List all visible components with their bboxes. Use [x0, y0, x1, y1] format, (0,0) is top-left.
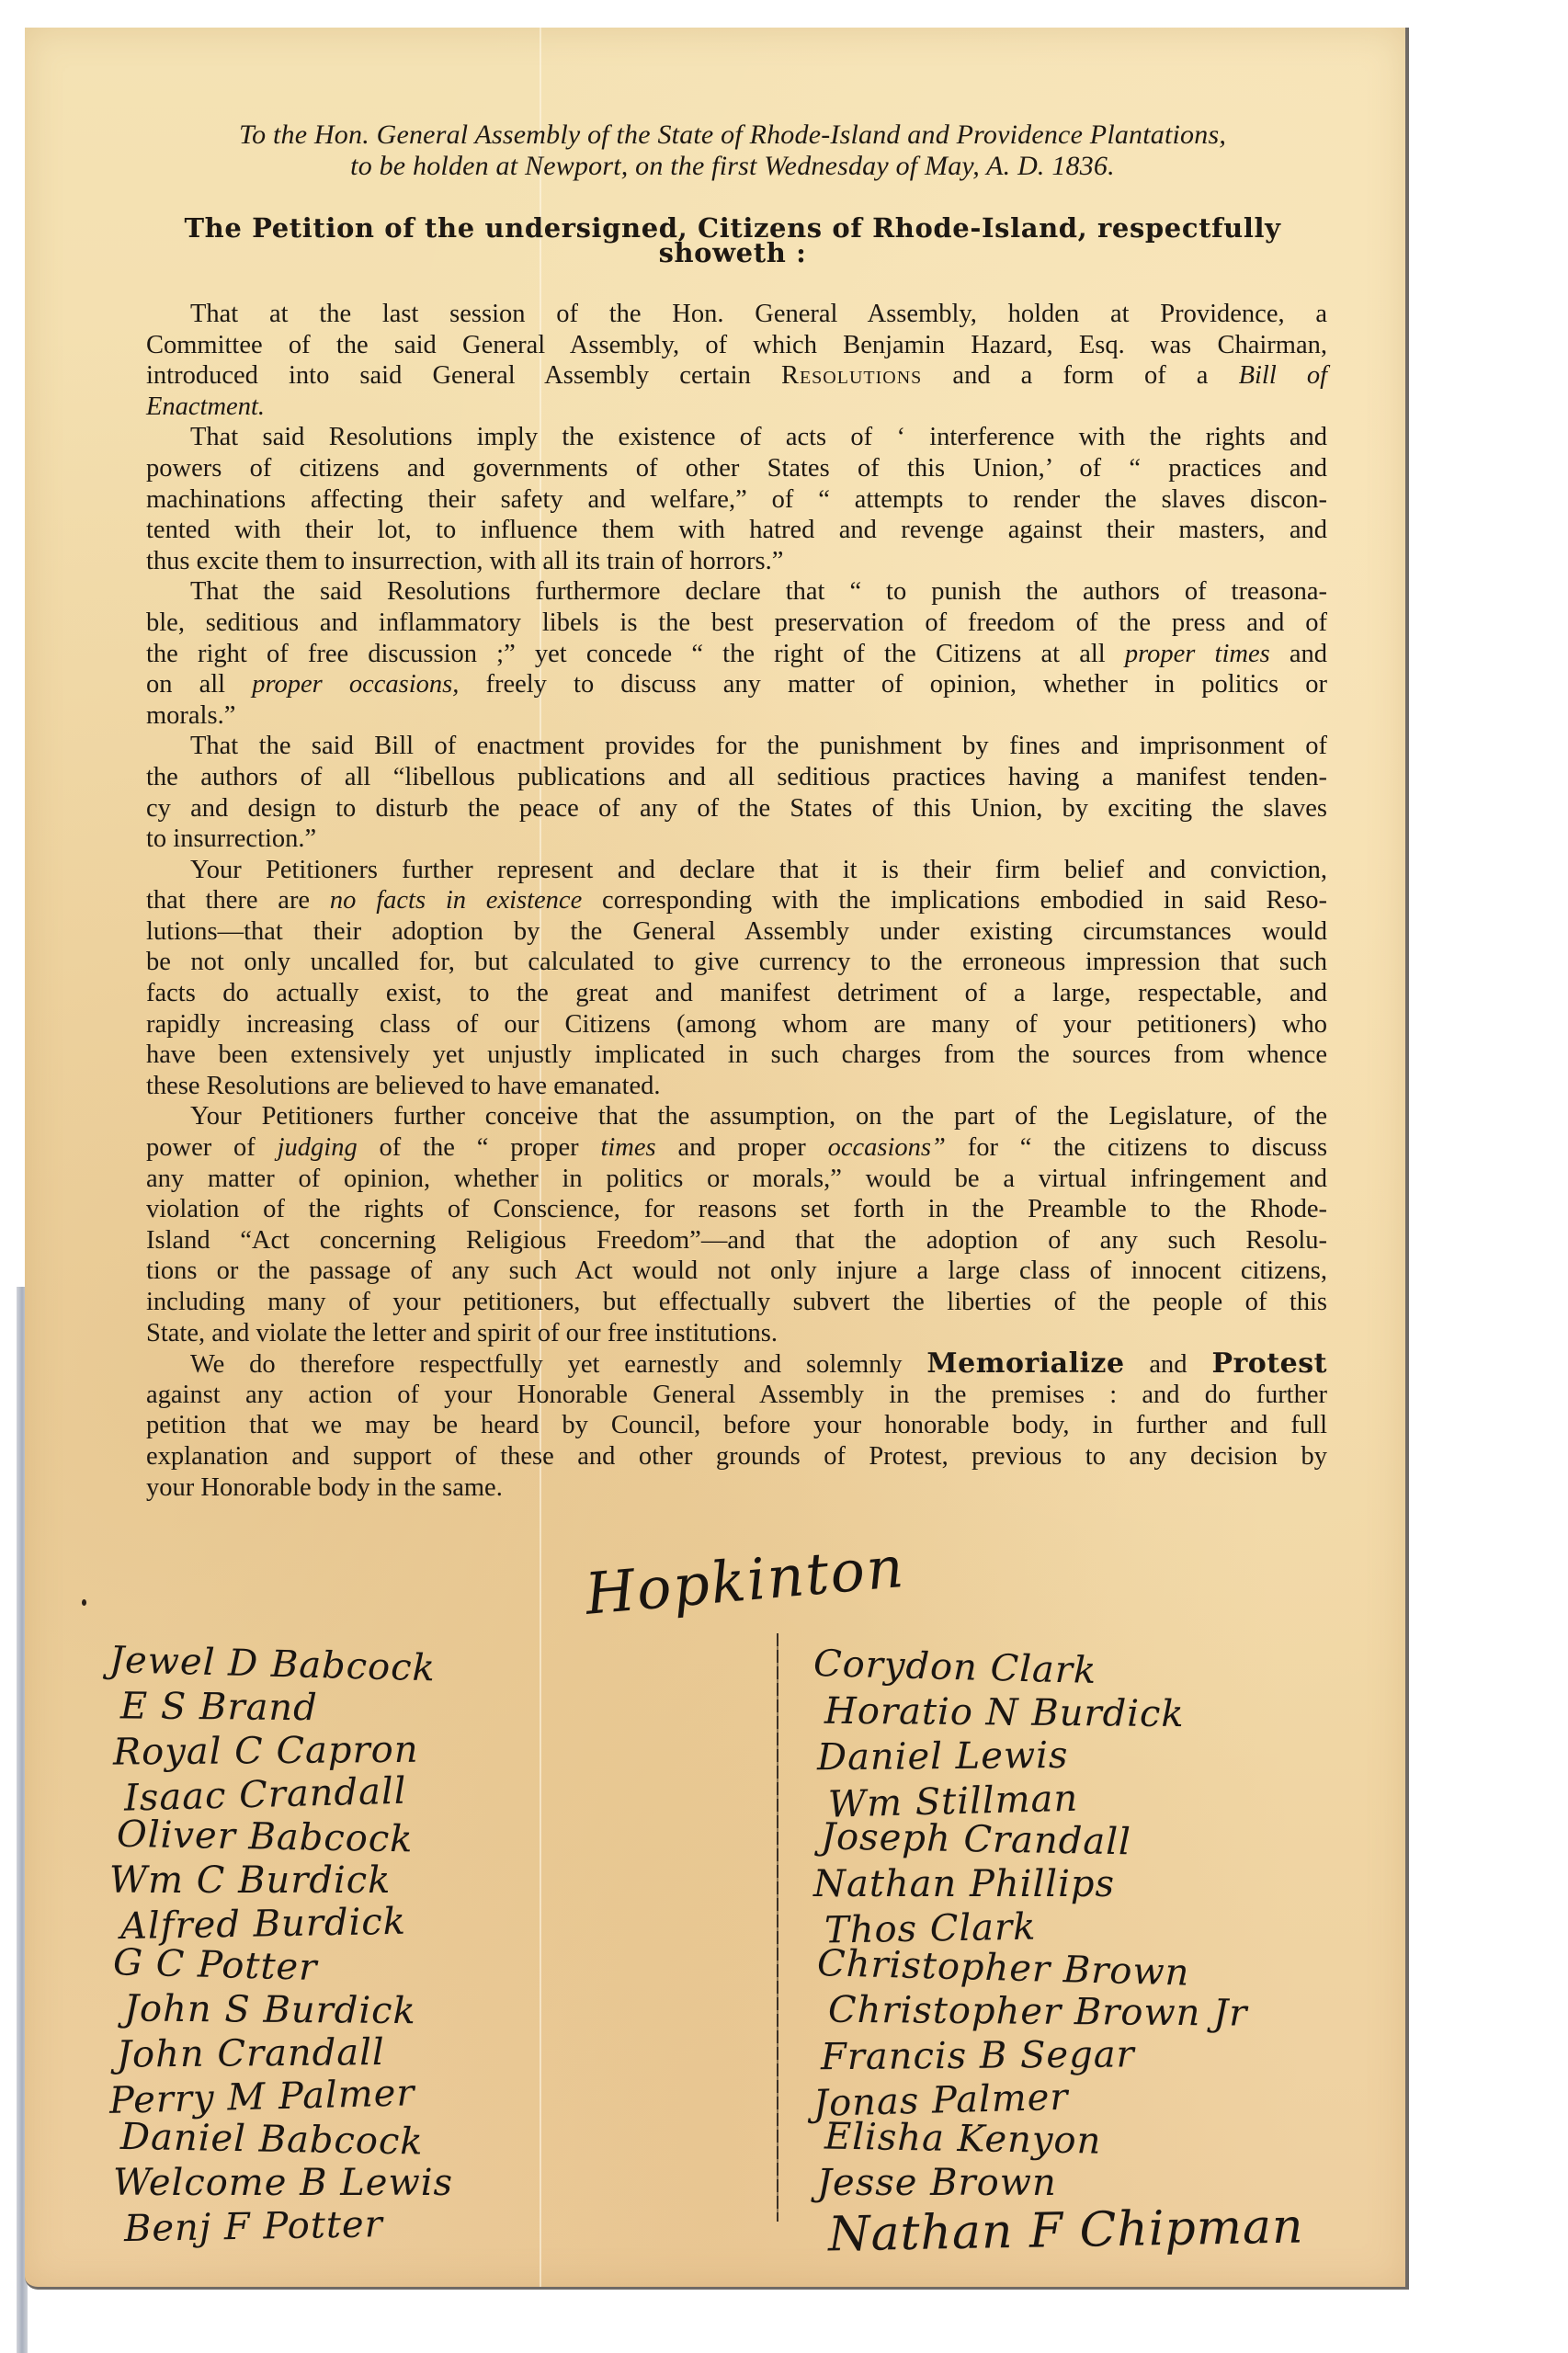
- resolutions-term: Resolutions: [781, 361, 922, 390]
- body-line: explanation and support of these and oth…: [146, 1441, 1327, 1472]
- address-line: to be holden at Newport, on the first We…: [135, 151, 1330, 182]
- body-line: have been extensively yet unjustly impli…: [146, 1040, 1327, 1071]
- signature: Alfred Burdick: [120, 1900, 454, 1949]
- signature: Nathan F Chipman: [828, 2200, 1304, 2260]
- column-divider: [777, 1633, 778, 2222]
- body-line: lutions—that their adoption by the Gener…: [146, 916, 1327, 948]
- body-line: violation of the rights of Conscience, f…: [146, 1194, 1327, 1225]
- body-line: these Resolutions are believed to have e…: [146, 1071, 1327, 1102]
- signature: Jesse Brown: [817, 2162, 1304, 2205]
- memorialize-term: Memorialize: [926, 1347, 1124, 1380]
- body-line: to insurrection.”: [146, 824, 1327, 855]
- signature: Elisha Kenyon: [824, 2115, 1304, 2166]
- body-line: That the said Resolutions furthermore de…: [146, 576, 1327, 608]
- address-line: To the Hon. General Assembly of the Stat…: [135, 119, 1330, 151]
- signature: John Crandall: [117, 2030, 453, 2076]
- signature: Daniel Babcock: [120, 2116, 454, 2165]
- signatures-left-column: Jewel D BabcockE S BrandRoyal C CapronIs…: [109, 1643, 453, 2248]
- signature: Nathan Phillips: [813, 1863, 1304, 1906]
- body-line: petition that we may be heard by Council…: [146, 1410, 1327, 1441]
- signature: Joseph Crandall: [821, 1815, 1304, 1867]
- body-line: on all proper occasions, freely to discu…: [146, 669, 1327, 700]
- body-line: machinations affecting their safety and …: [146, 484, 1327, 516]
- body-line: We do therefore respectfully yet earnest…: [146, 1348, 1327, 1380]
- body-line: Enactment.: [146, 392, 1327, 423]
- body-line: any matter of opinion, whether in politi…: [146, 1164, 1327, 1195]
- body-line: facts do actually exist, to the great an…: [146, 978, 1327, 1009]
- signature: Benj F Potter: [124, 2202, 454, 2251]
- body-line: Island “Act concerning Religious Freedom…: [146, 1225, 1327, 1256]
- body-line: That the said Bill of enactment provides…: [146, 731, 1327, 762]
- body-line: that there are no facts in existence cor…: [146, 885, 1327, 916]
- body-line: the right of free discussion ;” yet conc…: [146, 639, 1327, 670]
- body-line: including many of your petitioners, but …: [146, 1287, 1327, 1318]
- petition-heading: The Petition of the undersigned, Citizen…: [135, 216, 1330, 266]
- body-line: Committee of the said General Assembly, …: [146, 330, 1327, 361]
- ink-speck: [82, 1599, 86, 1606]
- body-line: powers of citizens and governments of ot…: [146, 453, 1327, 484]
- body-line: the authors of all “libellous publicatio…: [146, 762, 1327, 793]
- body-line: rapidly increasing class of our Citizens…: [146, 1009, 1327, 1040]
- body-line: That at the last session of the Hon. Gen…: [146, 299, 1327, 330]
- body-line: cy and design to disturb the peace of an…: [146, 793, 1327, 824]
- body-line: thus excite them to insurrection, with a…: [146, 546, 1327, 577]
- body-line: ble, seditious and inflammatory libels i…: [146, 608, 1327, 639]
- signature: Christopher Brown Jr: [828, 1989, 1304, 2036]
- signature: Wm C Burdick: [109, 1859, 453, 1903]
- body-line: That said Resolutions imply the existenc…: [146, 422, 1327, 453]
- petition-body: That at the last session of the Hon. Gen…: [146, 299, 1327, 1503]
- body-line: be not only uncalled for, but calculated…: [146, 947, 1327, 978]
- body-line: tions or the passage of any such Act wou…: [146, 1256, 1327, 1287]
- signature: Isaac Crandall: [123, 1768, 453, 1820]
- petition-sheet: To the Hon. General Assembly of the Stat…: [25, 28, 1409, 2290]
- body-line: State, and violate the letter and spirit…: [146, 1318, 1327, 1349]
- signature: John S Burdick: [124, 1987, 453, 2033]
- signature: Horatio N Burdick: [824, 1689, 1304, 1736]
- body-line: introduced into said General Assembly ce…: [146, 360, 1327, 392]
- signatures-right-column: Corydon ClarkHoratio N BurdickDaniel Lew…: [813, 1649, 1304, 2256]
- signature: Jewel D Babcock: [108, 1639, 453, 1691]
- signature: Welcome B Lewis: [113, 2162, 453, 2205]
- town-signature: Hopkinton: [583, 1533, 908, 1628]
- body-line: morals.”: [146, 700, 1327, 732]
- signature: Perry M Palmer: [108, 2071, 453, 2123]
- signature: Royal C Capron: [113, 1728, 453, 1774]
- address-block: To the Hon. General Assembly of the Stat…: [135, 119, 1330, 182]
- body-line: your Honorable body in the same.: [146, 1472, 1327, 1504]
- heading-line: showeth :: [135, 241, 1330, 266]
- body-line: power of judging of the “ proper times a…: [146, 1132, 1327, 1164]
- signature: Daniel Lewis: [817, 1733, 1304, 1779]
- body-line: against any action of your Honorable Gen…: [146, 1380, 1327, 1411]
- body-line: Your Petitioners further represent and d…: [146, 855, 1327, 886]
- signature: G C Potter: [112, 1941, 453, 1994]
- protest-term: Protest: [1211, 1347, 1327, 1380]
- body-line: Your Petitioners further conceive that t…: [146, 1101, 1327, 1132]
- signature: Oliver Babcock: [117, 1813, 454, 1862]
- body-line: tented with their lot, to influence them…: [146, 515, 1327, 546]
- signature: E S Brand: [120, 1685, 453, 1731]
